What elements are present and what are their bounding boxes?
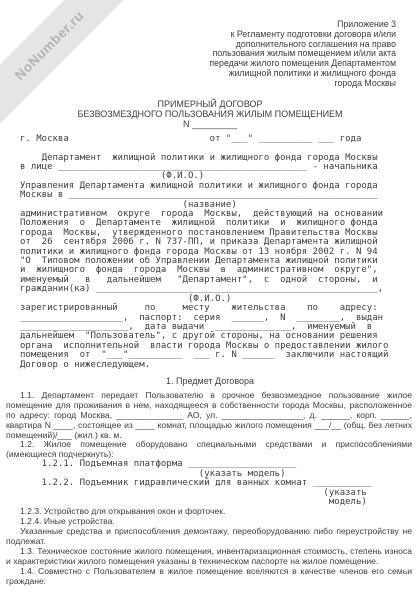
clauses-block-top: 1.1. Департамент передает Пользователю в… — [0, 391, 420, 460]
clause-1-1: 1.1. Департамент передает Пользователю в… — [6, 391, 412, 441]
equipment-note: Указанные средства и приспособления демо… — [6, 527, 412, 547]
section-1-heading: 1. Предмет Договора — [0, 376, 420, 386]
clauses-block-bottom: 1.2.3. Устройство для открывания окон и … — [0, 507, 420, 586]
document-title: ПРИМЕРНЫЙ ДОГОВОР БЕЗВОЗМЕЗДНОГО ПОЛЬЗОВ… — [0, 99, 420, 130]
clause-1-4: 1.4. Совместно с Пользователем в жилое п… — [6, 567, 412, 587]
contract-preamble: г. Москва от "___" __________ ___ года Д… — [0, 135, 420, 370]
clause-1-3: 1.3. Техническое состояние жилого помеще… — [6, 547, 412, 567]
document-page: NoNumber.ru Приложение 3 к Регламенту по… — [0, 0, 420, 600]
equipment-list: 1.2.1. Подъемная платформа _____________… — [0, 460, 420, 507]
appendix-header: Приложение 3 к Регламенту подготовки дог… — [0, 20, 420, 89]
clause-1-2: 1.2. Жилое помещение оборудовано специал… — [6, 440, 412, 460]
